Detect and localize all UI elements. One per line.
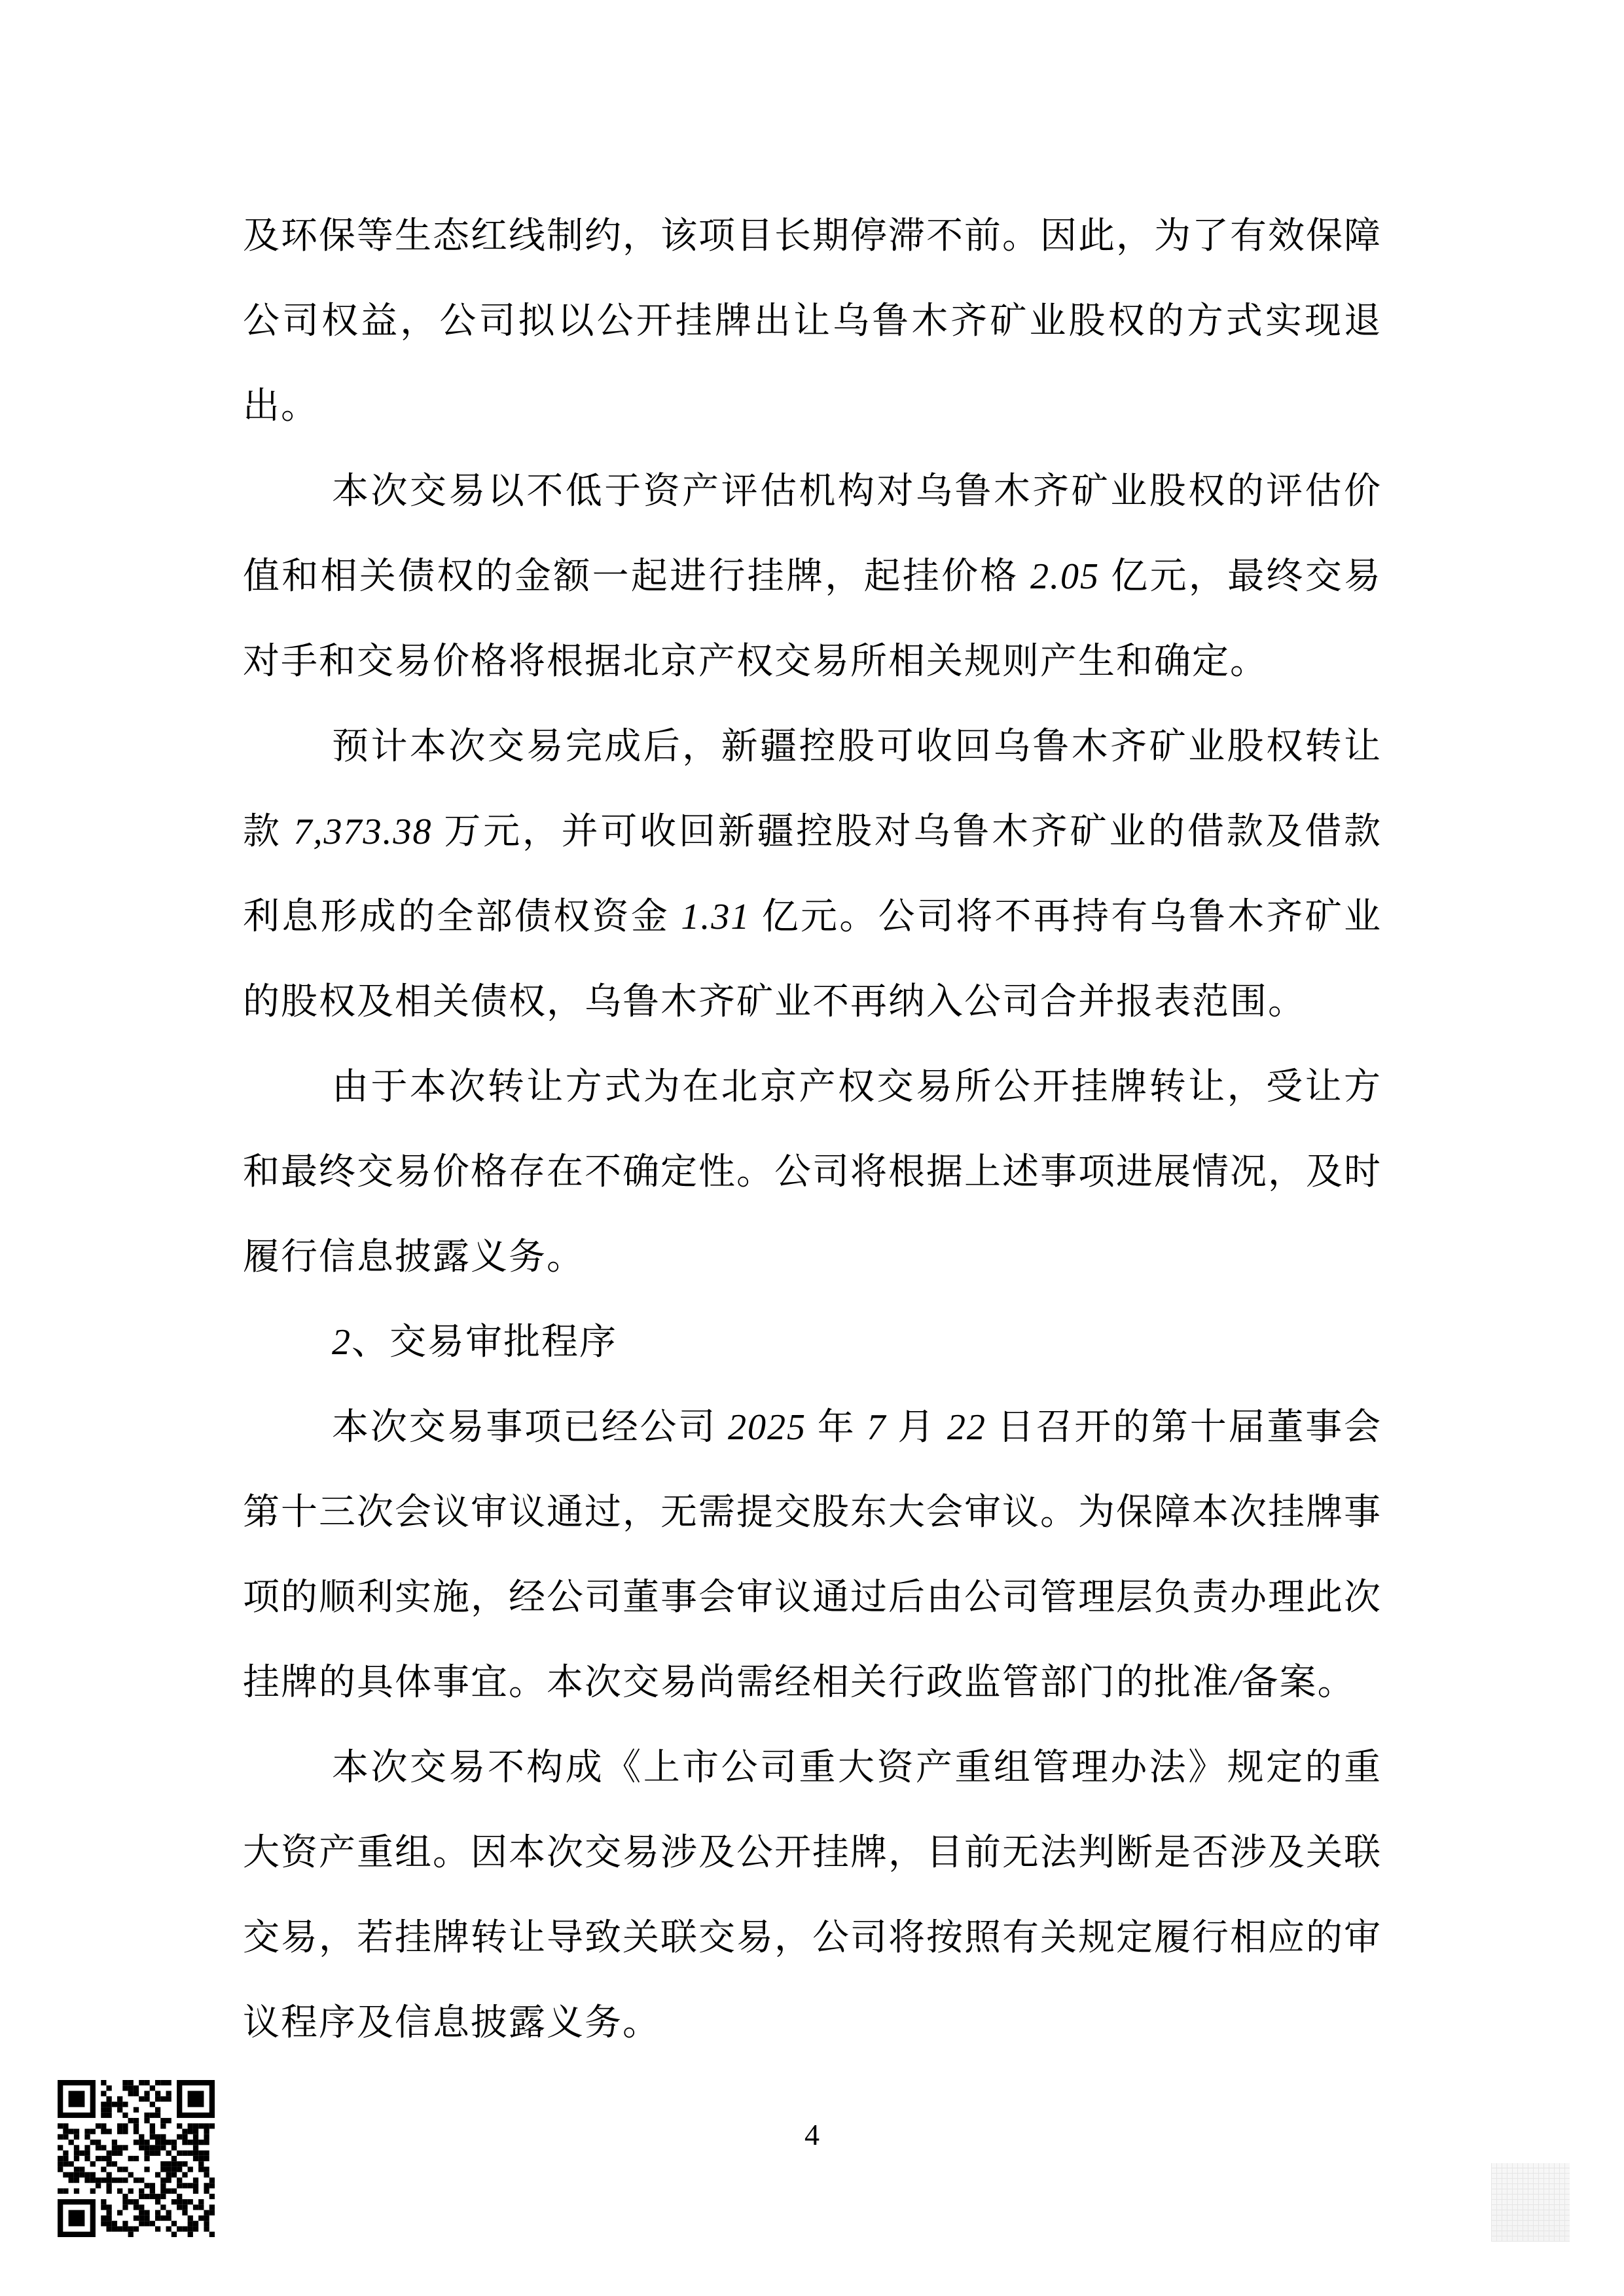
body-paragraph: 预计本次交易完成后，新疆控股可收回乌鲁木齐矿业股权转让款 7,373.38 万元… bbox=[243, 704, 1382, 1045]
body-paragraph: 及环保等生态红线制约，该项目长期停滞不前。因此，为了有效保障公司权益，公司拟以公… bbox=[243, 194, 1382, 449]
body-paragraph: 本次交易事项已经公司 2025 年 7 月 22 日召开的第十届董事会第十三次会… bbox=[243, 1385, 1382, 1725]
document-page: 及环保等生态红线制约，该项目长期停滞不前。因此，为了有效保障公司权益，公司拟以公… bbox=[0, 0, 1624, 2296]
body-paragraph: 本次交易不构成《上市公司重大资产重组管理办法》规定的重大资产重组。因本次交易涉及… bbox=[243, 1725, 1382, 2066]
body-paragraph: 本次交易以不低于资产评估机构对乌鲁木齐矿业股权的评估价值和相关债权的金额一起进行… bbox=[243, 449, 1382, 704]
section-heading: 2、交易审批程序 bbox=[243, 1300, 1382, 1385]
watermark-grid bbox=[1491, 2163, 1570, 2242]
qr-code bbox=[58, 2080, 215, 2237]
page-number: 4 bbox=[0, 2115, 1624, 2155]
document-body: 及环保等生态红线制约，该项目长期停滞不前。因此，为了有效保障公司权益，公司拟以公… bbox=[243, 194, 1382, 2066]
body-paragraph: 由于本次转让方式为在北京产权交易所公开挂牌转让，受让方和最终交易价格存在不确定性… bbox=[243, 1045, 1382, 1300]
